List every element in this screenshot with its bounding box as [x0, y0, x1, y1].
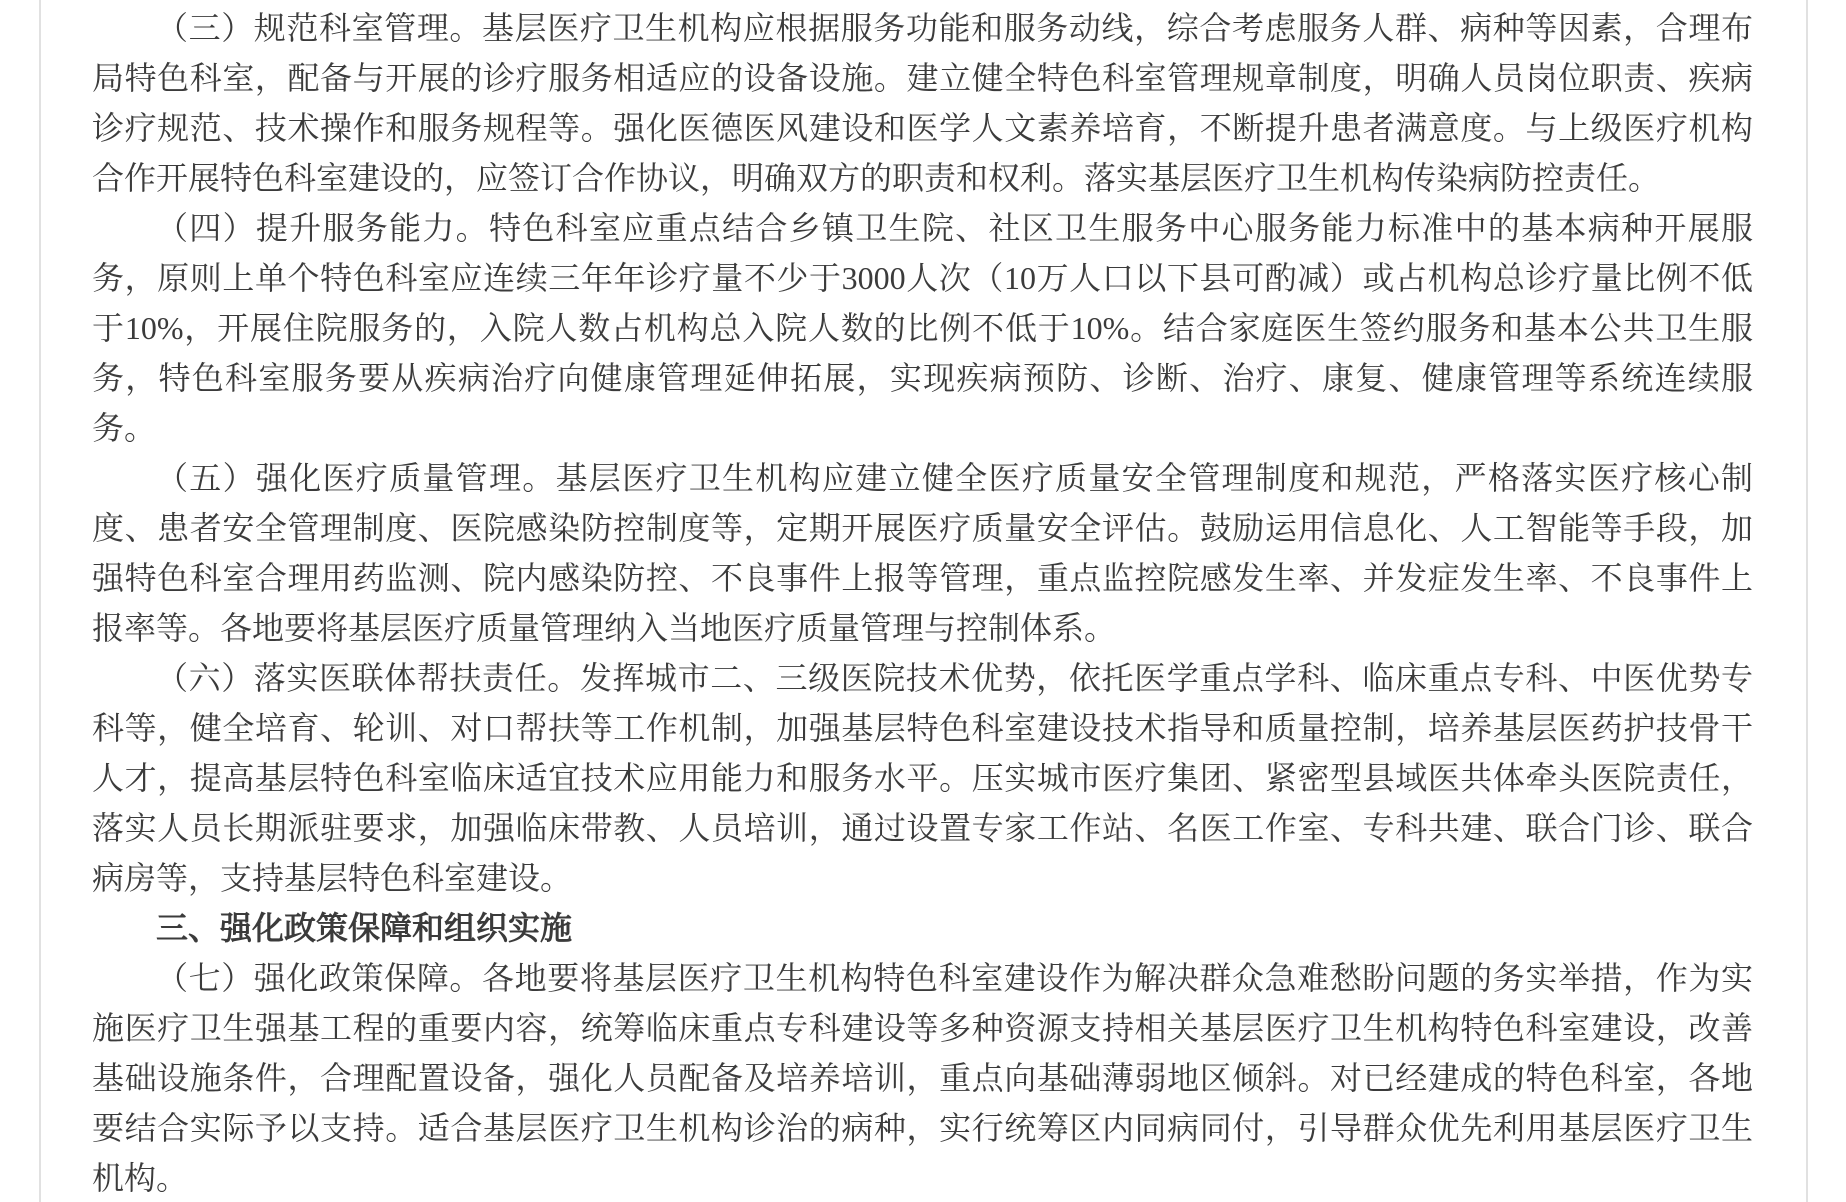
paragraph-section-6: （六）落实医联体帮扶责任。发挥城市二、三级医院技术优势，依托医学重点学科、临床重… [92, 653, 1753, 903]
paragraph-section-7: （七）强化政策保障。各地要将基层医疗卫生机构特色科室建设作为解决群众急难愁盼问题… [92, 953, 1753, 1202]
article-body: （三）规范科室管理。基层医疗卫生机构应根据服务功能和服务动线，综合考虑服务人群、… [92, 3, 1753, 1202]
right-border-line [1806, 0, 1808, 1202]
left-border-line [39, 0, 41, 1202]
section-heading-3: 三、强化政策保障和组织实施 [92, 903, 1753, 953]
document-page: （三）规范科室管理。基层医疗卫生机构应根据服务功能和服务动线，综合考虑服务人群、… [0, 0, 1846, 1202]
paragraph-section-4: （四）提升服务能力。特色科室应重点结合乡镇卫生院、社区卫生服务中心服务能力标准中… [92, 203, 1753, 453]
paragraph-section-3: （三）规范科室管理。基层医疗卫生机构应根据服务功能和服务动线，综合考虑服务人群、… [92, 3, 1753, 203]
paragraph-section-5: （五）强化医疗质量管理。基层医疗卫生机构应建立健全医疗质量安全管理制度和规范，严… [92, 453, 1753, 653]
